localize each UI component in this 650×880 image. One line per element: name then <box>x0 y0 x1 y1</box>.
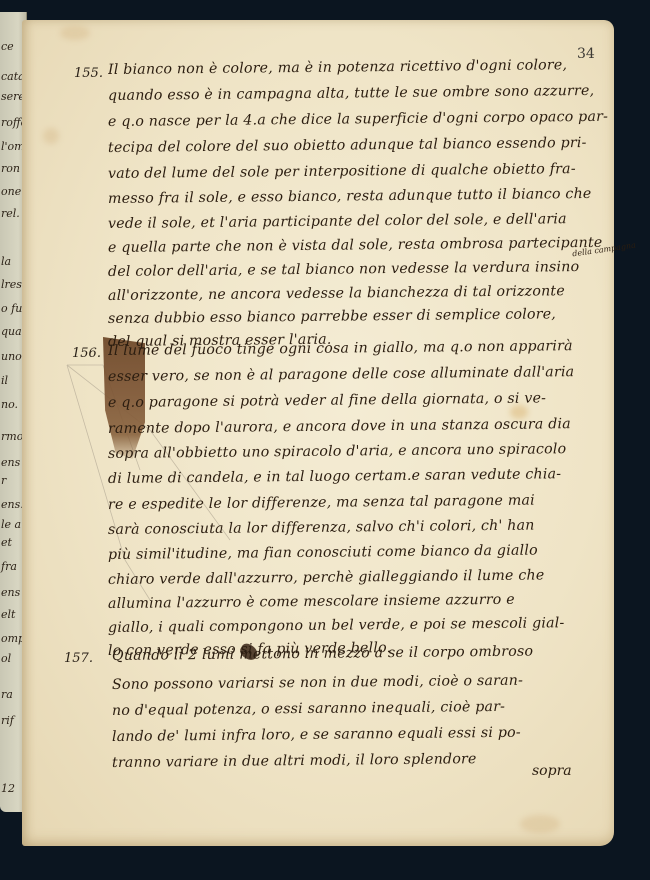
paragraph-number: 156. <box>72 346 101 361</box>
facing-page-fragment: ron <box>1 162 20 175</box>
facing-page-fragment: ens <box>1 456 20 469</box>
facing-page-fragment: ra <box>1 688 13 701</box>
facing-page-fragment: la <box>1 255 11 268</box>
facing-page-fragment: fra <box>1 560 17 573</box>
facing-page-fragment: rmo <box>1 430 23 443</box>
catchword: sopra <box>532 763 572 779</box>
facing-page-fragment: 12 <box>1 782 15 795</box>
foxing-stain <box>60 26 90 40</box>
facing-page-fragment: il <box>1 374 8 387</box>
facing-page-fragment: no. <box>1 398 18 411</box>
facing-page-fragment: o fu <box>1 302 22 315</box>
facing-page-fragment: one <box>1 185 21 198</box>
facing-page-fragment: et <box>1 536 12 549</box>
paragraph-number: 157. <box>64 651 93 666</box>
facing-page-fragment: ol <box>1 652 11 665</box>
facing-page-fragment: ens. <box>1 498 24 511</box>
facing-page-fragment: ce <box>1 40 14 53</box>
foxing-stain <box>520 815 560 833</box>
facing-page-fragment: rel. <box>1 207 20 220</box>
facing-page-fragment: ens <box>1 586 20 599</box>
facing-page-fragment: rif <box>1 714 14 727</box>
foxing-stain <box>43 128 59 144</box>
facing-page-fragment: elt <box>1 608 15 621</box>
facing-page-fragment: lres <box>1 278 22 291</box>
facing-page-fragment: le a <box>1 518 21 531</box>
facing-page-fragment: r <box>1 474 6 487</box>
paragraph-number: 155. <box>74 66 103 81</box>
facing-page-fragment: uno <box>1 350 22 363</box>
